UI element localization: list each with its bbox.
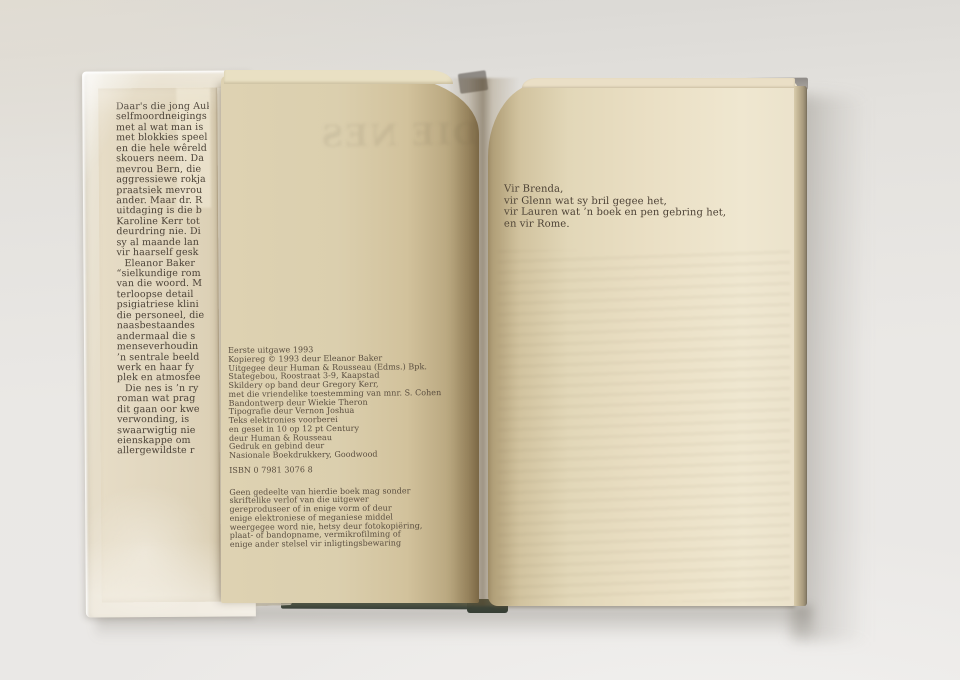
page-stack-edge-right (794, 86, 807, 606)
dedication-line: vir Lauren wat ’n boek en pen gebring he… (504, 207, 726, 219)
isbn-text: ISBN 0 7981 3076 8 (229, 465, 442, 476)
left-page-imprint: DIE NES Eerste uitgawe 1993Kopiereg © 19… (221, 76, 479, 603)
rights-line: enige ander stelsel vir inligtingsbewari… (230, 539, 443, 550)
blurb-line: allergewildste r (117, 446, 210, 457)
dedication-line: Vir Brenda, (504, 184, 726, 196)
spine-board-edge (458, 70, 489, 94)
flap-paper: Daar's die jong Aukselfmoordneigingsmet … (98, 88, 226, 603)
dedication-line: vir Glenn wat sy bril gegee het, (504, 195, 726, 207)
dedication-line: en vir Rome. (504, 218, 726, 230)
show-through-body-text (498, 250, 790, 602)
imprint-line: Nasionale Boekdrukkery, Goodwood (229, 450, 442, 461)
imprint-lines: Eerste uitgawe 1993Kopiereg © 1993 deur … (228, 345, 442, 461)
right-page-dedication: Vir Brenda,vir Glenn wat sy bril gegee h… (488, 82, 798, 606)
rights-paragraph: Geen gedeelte van hierdie boek mag sonde… (229, 487, 442, 550)
copyright-block: Eerste uitgawe 1993Kopiereg © 1993 deur … (228, 345, 443, 550)
show-through-title: DIE NES (349, 117, 480, 171)
flap-blurb-text: Daar's die jong Aukselfmoordneigingsmet … (116, 102, 210, 466)
photo-background: Daar's die jong Aukselfmoordneigingsmet … (0, 0, 960, 680)
dedication-text: Vir Brenda,vir Glenn wat sy bril gegee h… (504, 184, 726, 231)
